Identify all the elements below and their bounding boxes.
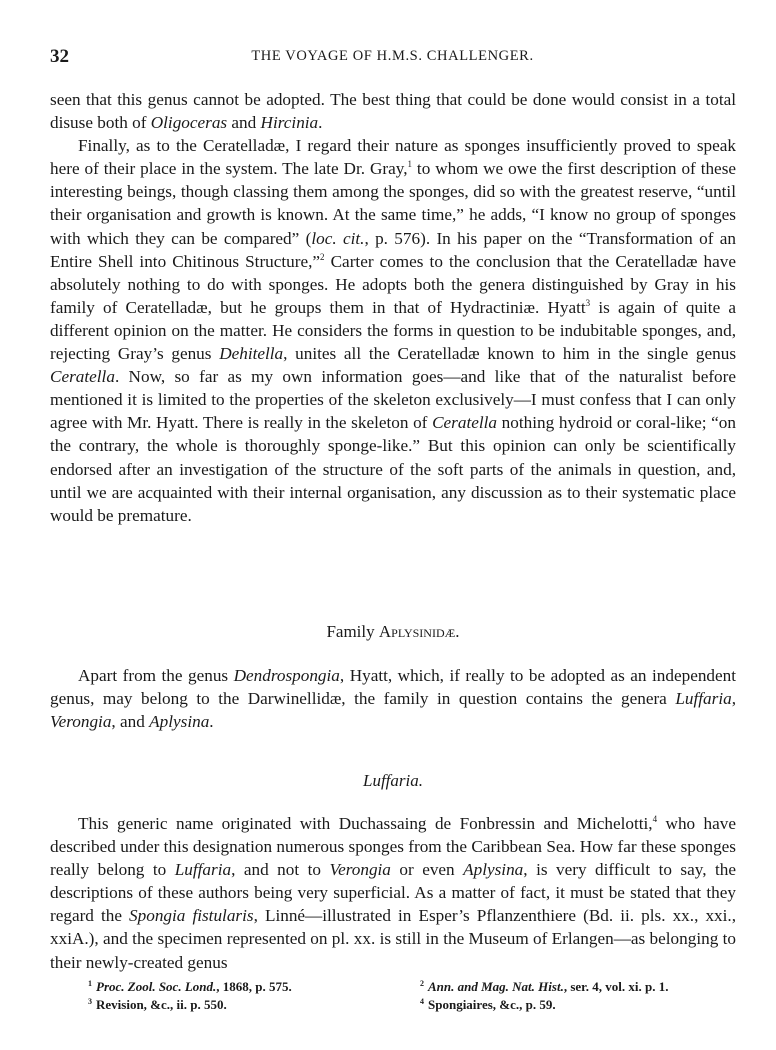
footnote-3: 3Revision, &c., ii. p. 550. [88,996,292,1014]
paragraph-ceratelladae: Finally, as to the Ceratelladæ, I regard… [50,134,736,527]
paragraph-genus-disuse: seen that this genus cannot be adopted. … [50,88,736,134]
section-ceratelladae: seen that this genus cannot be adopted. … [50,88,736,527]
footnote-4: 4Spongiaires, &c., p. 59. [420,996,668,1014]
footnotes-left-column: 1Proc. Zool. Soc. Lond., 1868, p. 575. 3… [88,978,292,1014]
section-luffaria: This generic name originated with Duchas… [50,812,736,974]
paragraph-aplysinidae: Apart from the genus Dendrospongia, Hyat… [50,664,736,733]
running-title: THE VOYAGE OF H.M.S. CHALLENGER. [50,48,735,65]
footnote-2: 2Ann. and Mag. Nat. Hist., ser. 4, vol. … [420,978,668,996]
section-aplysinidae: Apart from the genus Dendrospongia, Hyat… [50,664,736,733]
footnotes-right-column: 2Ann. and Mag. Nat. Hist., ser. 4, vol. … [420,978,668,1014]
paragraph-luffaria: This generic name originated with Duchas… [50,812,736,974]
family-heading: Family Aplysinidæ. [50,622,736,642]
genus-heading: Luffaria. [50,771,736,791]
footnote-1: 1Proc. Zool. Soc. Lond., 1868, p. 575. [88,978,292,996]
running-head: 32 THE VOYAGE OF H.M.S. CHALLENGER. [50,46,735,70]
book-page: 32 THE VOYAGE OF H.M.S. CHALLENGER. seen… [0,0,776,1050]
